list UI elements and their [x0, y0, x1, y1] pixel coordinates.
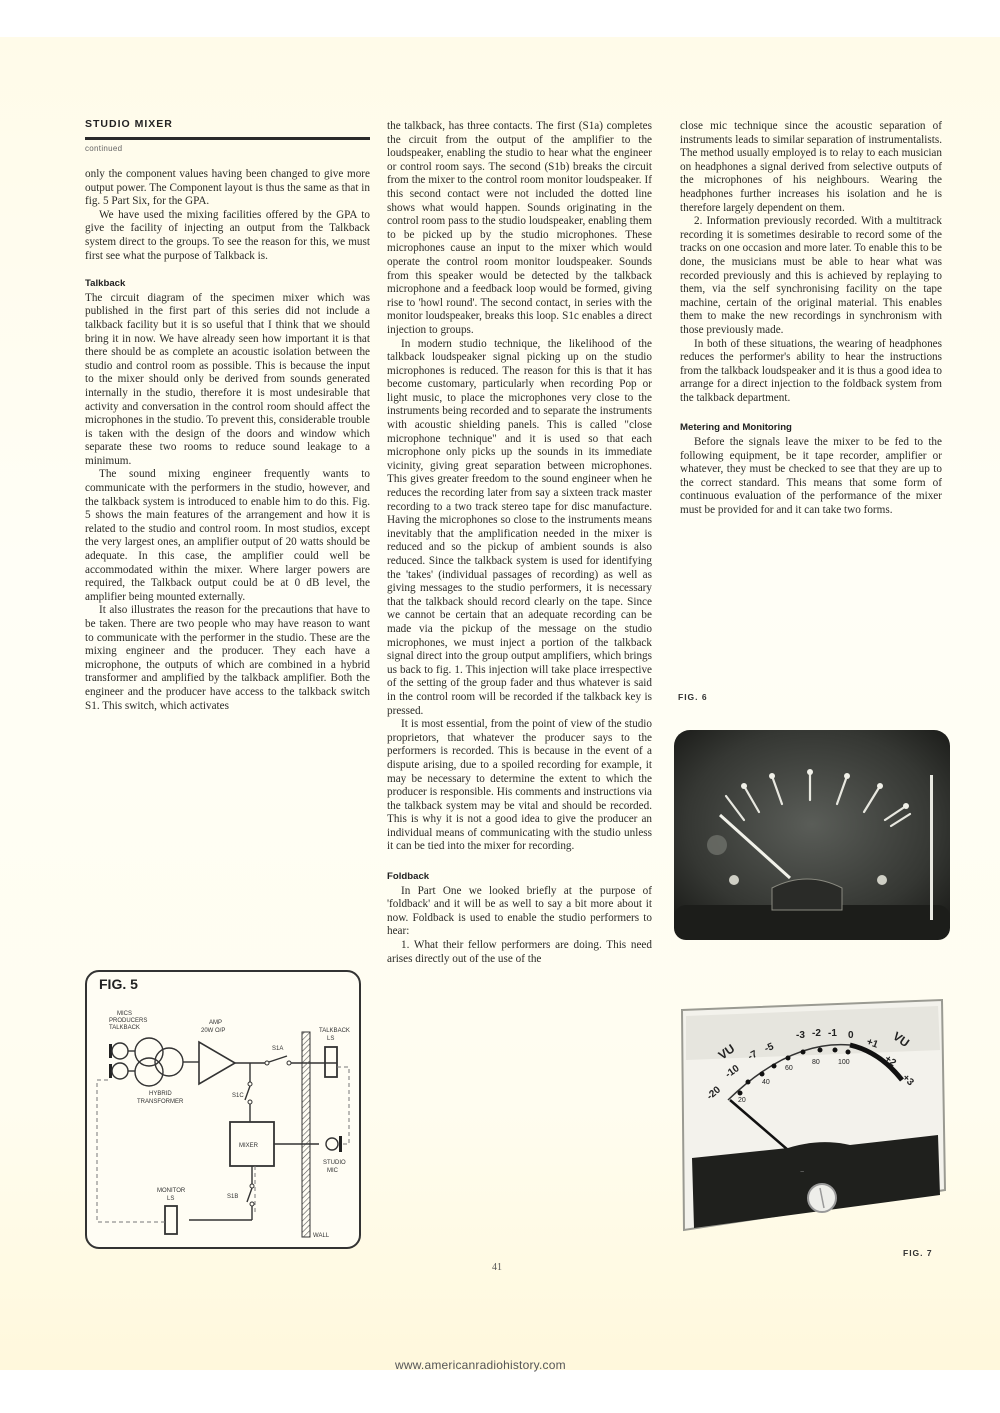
- label-mics: MICS: [117, 1011, 132, 1017]
- figure-5-talkback-diagram: FIG. 5: [85, 970, 361, 1249]
- running-header: STUDIO MIXER continued: [85, 118, 380, 153]
- paragraph: In both of these situations, the wearing…: [680, 338, 942, 406]
- label-studio: STUDIO: [323, 1160, 346, 1166]
- vu-scale-0: 0: [848, 1030, 854, 1041]
- figure-6-meter-photo: [672, 720, 952, 940]
- paragraph: 1. What their fellow performers are doin…: [387, 939, 652, 966]
- watermark-link[interactable]: www.americanradiohistory.com: [395, 1358, 566, 1372]
- paragraph: In Part One we looked briefly at the pur…: [387, 885, 652, 939]
- label-transformer: TRANSFORMER: [137, 1099, 184, 1105]
- circuit-diagram: MICS PRODUCERS TALKBACK AMP 20W O/P HYBR…: [87, 972, 359, 1247]
- pct-scale-20: 20: [738, 1097, 746, 1104]
- label-s1b: S1B: [227, 1194, 238, 1200]
- paragraph: In modern studio technique, the likeliho…: [387, 338, 652, 719]
- page-number: 41: [492, 1262, 502, 1273]
- label-s1a: S1A: [272, 1046, 283, 1052]
- paragraph: Before the signals leave the mixer to be…: [680, 436, 942, 518]
- paragraph: 2. Information previously recorded. With…: [680, 215, 942, 337]
- label-monitor-ls: LS: [167, 1196, 174, 1202]
- label-monitor: MONITOR: [157, 1188, 186, 1194]
- vu-scale-minus1: -1: [828, 1028, 837, 1039]
- header-rule: [85, 137, 370, 140]
- label-mixer: MIXER: [239, 1143, 259, 1149]
- pct-scale-40: 40: [762, 1079, 770, 1086]
- label-ls: LS: [327, 1036, 334, 1042]
- label-talkback-ls: TALKBACK: [319, 1028, 350, 1034]
- paragraph: The sound mixing engineer frequently wan…: [85, 468, 370, 604]
- section-heading-metering: Metering and Monitoring: [680, 421, 942, 435]
- figure-7-label: FIG. 7: [903, 1248, 933, 1258]
- label-amp: AMP: [209, 1020, 222, 1026]
- continued-label: continued: [85, 144, 380, 153]
- paragraph: We have used the mixing facilities offer…: [85, 209, 370, 263]
- column-3: close mic technique since the acoustic s…: [680, 120, 942, 518]
- running-head-title: STUDIO MIXER: [85, 118, 380, 130]
- svg-text:~: ~: [800, 1169, 804, 1176]
- section-heading-talkback: Talkback: [85, 277, 370, 291]
- label-producers: PRODUCERS: [109, 1018, 147, 1024]
- label-amp-spec: 20W O/P: [201, 1028, 225, 1034]
- label-hybrid: HYBRID: [149, 1091, 172, 1097]
- label-talkback: TALKBACK: [109, 1025, 140, 1031]
- paragraph: the talkback, has three contacts. The fi…: [387, 120, 652, 338]
- label-mic: MIC: [327, 1168, 339, 1174]
- label-s1c: S1C: [232, 1093, 244, 1099]
- column-1: only the component values having been ch…: [85, 168, 370, 713]
- pct-scale-100: 100: [838, 1059, 850, 1066]
- column-2: the talkback, has three contacts. The fi…: [387, 120, 652, 966]
- vu-scale-minus3: -3: [796, 1030, 805, 1041]
- paragraph: only the component values having been ch…: [85, 168, 370, 209]
- paragraph: It is most essential, from the point of …: [387, 718, 652, 854]
- paragraph: The circuit diagram of the specimen mixe…: [85, 292, 370, 469]
- figure-6-label: FIG. 6: [678, 692, 708, 702]
- pct-scale-80: 80: [812, 1059, 820, 1066]
- label-wall: WALL: [313, 1233, 330, 1239]
- paragraph: close mic technique since the acoustic s…: [680, 120, 942, 215]
- vu-scale-minus2: -2: [812, 1028, 821, 1039]
- pct-scale-60: 60: [785, 1065, 793, 1072]
- figure-7-vu-meter-photo: -20 -10 -7 -5 -3 -2 -1 0 +1 +2 +3 VU VU …: [670, 990, 950, 1245]
- paragraph: It also illustrates the reason for the p…: [85, 604, 370, 713]
- section-heading-foldback: Foldback: [387, 870, 652, 884]
